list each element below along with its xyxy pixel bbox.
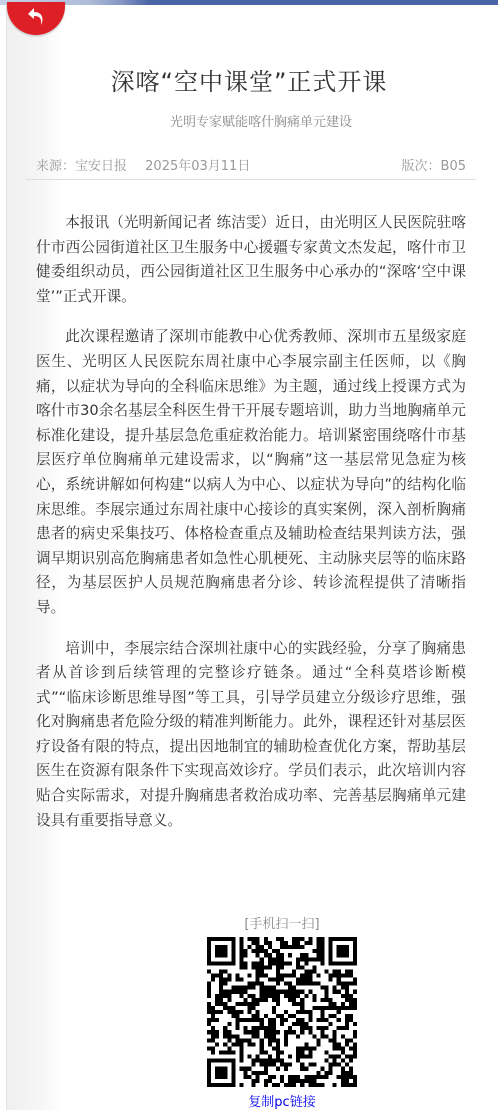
qr-code-icon bbox=[207, 937, 357, 1087]
article-edition: 版次：B05 bbox=[402, 155, 466, 174]
copy-pc-link[interactable]: 复制pc链接 bbox=[206, 1091, 358, 1110]
article-source: 来源：宝安日报 bbox=[36, 159, 127, 174]
back-arrow-icon bbox=[27, 6, 47, 28]
top-banner bbox=[0, 0, 498, 5]
qr-scan-label: [手机扫一扫] bbox=[206, 915, 358, 935]
article-body: 本报讯（光明新闻记者 练洁雯）近日，由光明区人民医院驻喀什市西公园街道社区卫生服… bbox=[36, 211, 466, 849]
article-title: 深喀“空中课堂”正式开课 bbox=[0, 62, 498, 97]
article-paragraph: 本报讯（光明新闻记者 练洁雯）近日，由光明区人民医院驻喀什市西公园街道社区卫生服… bbox=[36, 211, 466, 309]
article-date: 2025年03月11日 bbox=[145, 159, 250, 174]
article-paragraph: 培训中，李展宗结合深圳社康中心的实践经验，分享了胸痛患者从首诊到后续管理的完整诊… bbox=[36, 637, 466, 834]
meta-divider bbox=[26, 179, 476, 180]
article-meta: 来源：宝安日报 2025年03月11日 版次：B05 bbox=[36, 155, 476, 175]
qr-share-block: [手机扫一扫] 复制pc链接 bbox=[206, 915, 358, 1110]
article-paragraph: 此次课程邀请了深圳市能教中心优秀教师、深圳市五星级家庭医生、光明区人民医院东周社… bbox=[36, 325, 466, 620]
article-subtitle: 光明专家赋能喀什胸痛单元建设 bbox=[0, 111, 498, 130]
